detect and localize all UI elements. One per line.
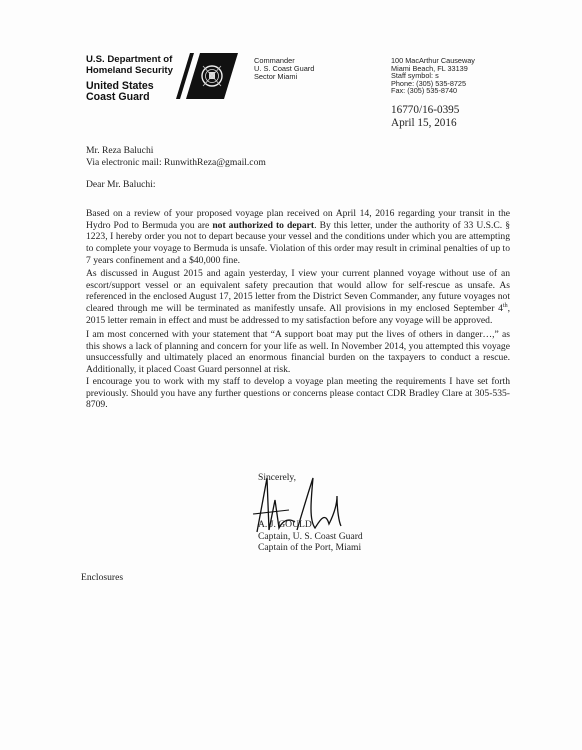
recipient-name: Mr. Reza Baluchi: [86, 145, 510, 157]
letter-page: U.S. Department of Homeland Security Uni…: [0, 0, 582, 750]
paragraph-1-bold: not authorized to depart: [212, 220, 314, 231]
letterhead-department: U.S. Department of Homeland Security Uni…: [86, 55, 173, 103]
paragraph-2: As discussed in August 2015 and again ye…: [86, 268, 510, 327]
salutation: Dear Mr. Baluchi:: [86, 179, 510, 191]
signer-name: A. J. GOULD: [258, 519, 363, 531]
recipient-via: Via electronic mail: RunwithReza@gmail.c…: [86, 157, 510, 169]
letter-date: April 15, 2016: [391, 117, 459, 130]
paragraph-4: I encourage you to work with my staff to…: [86, 376, 510, 411]
agency-line-2: Coast Guard: [86, 92, 173, 103]
paragraph-2-text: As discussed in August 2015 and again ye…: [86, 268, 510, 314]
paragraph-2-superscript: th: [503, 303, 508, 309]
reference-block: 16770/16-0395 April 15, 2016: [391, 104, 459, 130]
address-block: 100 MacArthur Causeway Miami Beach, FL 3…: [391, 57, 475, 95]
coast-guard-emblem-icon: [172, 53, 238, 99]
signer-title-1: Captain, U. S. Coast Guard: [258, 531, 363, 543]
signature-block: A. J. GOULD Captain, U. S. Coast Guard C…: [258, 519, 363, 554]
sender-line: Sector Miami: [254, 73, 314, 81]
recipient-block: Mr. Reza Baluchi Via electronic mail: Ru…: [86, 145, 510, 168]
signer-title-2: Captain of the Port, Miami: [258, 542, 363, 554]
department-line-1: U.S. Department of: [86, 55, 173, 66]
enclosures-label: Enclosures: [81, 572, 123, 583]
address-line: Fax: (305) 535-8740: [391, 87, 475, 95]
department-line-2: Homeland Security: [86, 66, 173, 77]
reference-number: 16770/16-0395: [391, 104, 459, 117]
paragraph-3: I am most concerned with your statement …: [86, 329, 510, 376]
sender-block: Commander U. S. Coast Guard Sector Miami: [254, 57, 314, 82]
paragraph-1: Based on a review of your proposed voyag…: [86, 208, 510, 267]
